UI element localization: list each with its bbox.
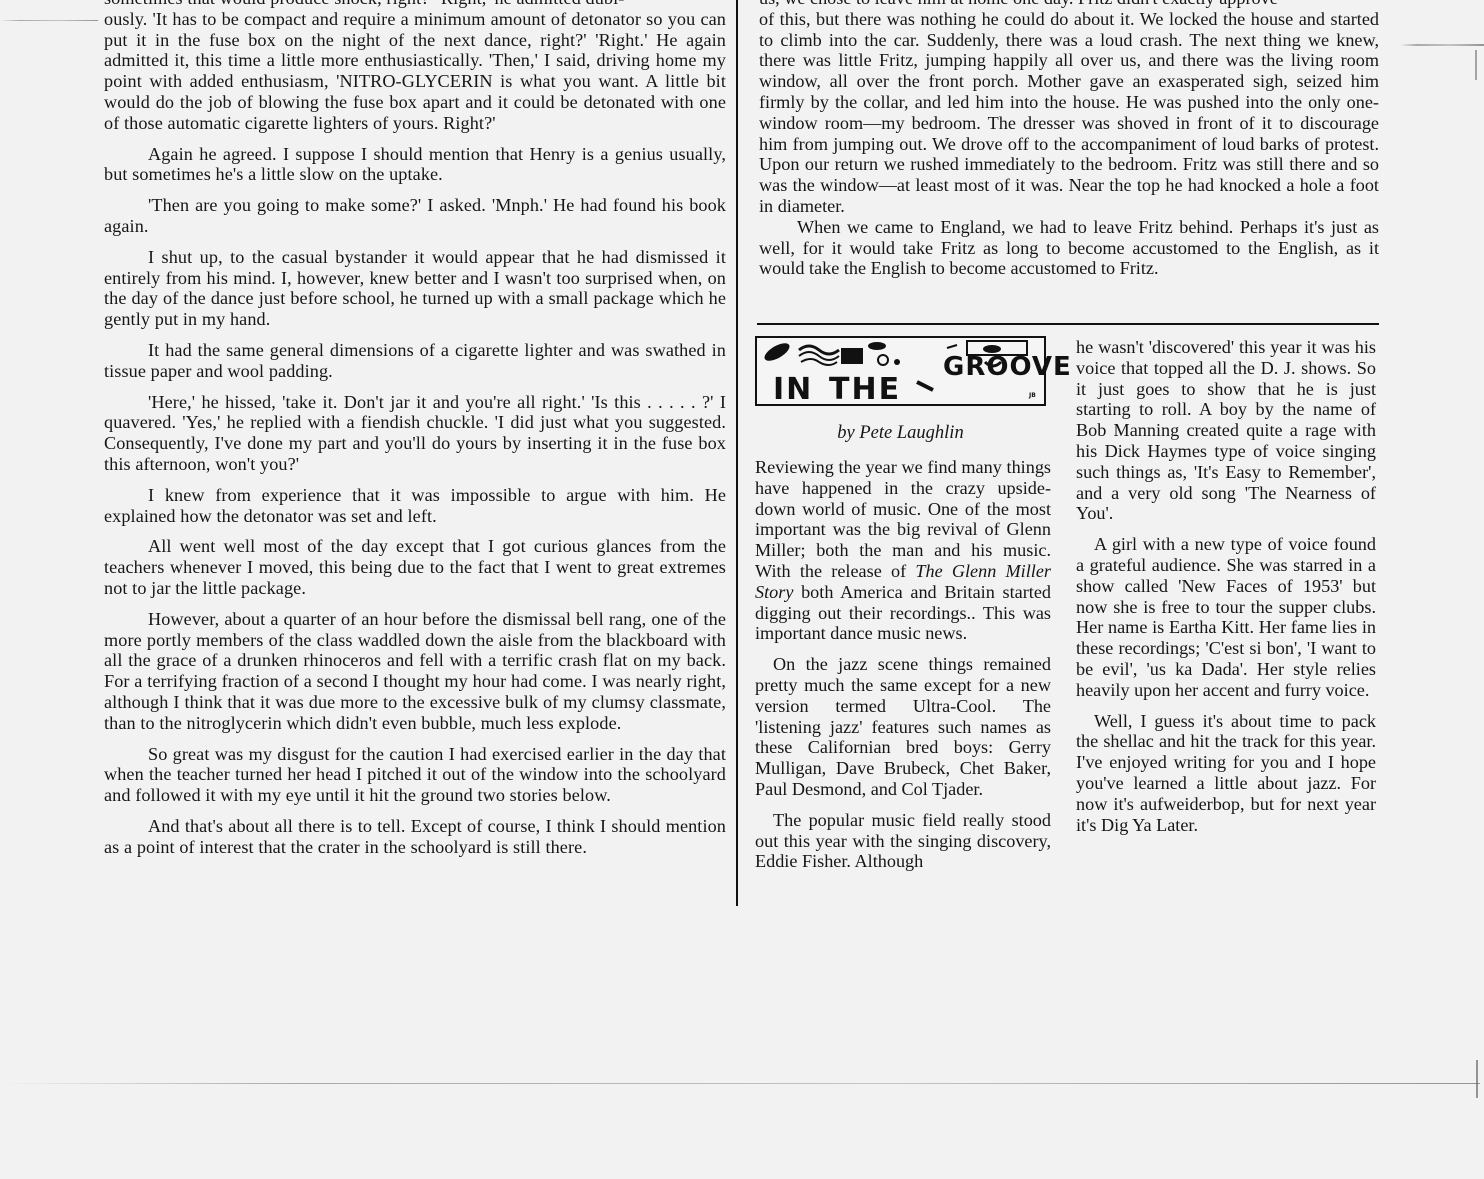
paragraph: A girl with a new type of voice found a …: [1076, 534, 1376, 700]
section-divider: [757, 323, 1379, 325]
paragraph: ously. 'It has to be compact and require…: [104, 9, 726, 134]
banner-initials: JB: [1029, 392, 1036, 399]
paragraph: The popular music field really stood out…: [755, 810, 1051, 872]
article-column-2: he wasn't 'discovered' this year it was …: [1076, 337, 1376, 845]
article-column-1: Reviewing the year we find many things h…: [755, 457, 1051, 882]
scan-artifact-bottom: [0, 1083, 1480, 1084]
paragraph: All went well most of the day except tha…: [104, 536, 726, 598]
paragraph: 'Then are you going to make some?' I ask…: [104, 195, 726, 237]
paragraph: It had the same general dimensions of a …: [104, 340, 726, 382]
paragraph: Well, I guess it's about time to pack th…: [1076, 711, 1376, 836]
partial-line: sometimes that would produce shock, righ…: [104, 0, 726, 9]
banner-word-the: THE: [829, 372, 901, 407]
paragraph: When we came to England, we had to leave…: [759, 217, 1379, 279]
paragraph-text: On the jazz scene things remained pretty…: [755, 654, 1051, 799]
paragraph-text: both America and Britain started digging…: [755, 582, 1051, 644]
paragraph-text: The popular music field really stood out…: [755, 810, 1051, 872]
left-column-story: sometimes that would produce shock, righ…: [104, 0, 726, 867]
scan-artifact-top-right: [1400, 44, 1484, 46]
paragraph: However, about a quarter of an hour befo…: [104, 609, 726, 734]
paragraph: So great was my disgust for the caution …: [104, 744, 726, 806]
paragraph: of this, but there was nothing he could …: [759, 9, 1379, 217]
paragraph: And that's about all there is to tell. E…: [104, 816, 726, 858]
column-rule: [736, 0, 738, 906]
paragraph: Reviewing the year we find many things h…: [755, 457, 1051, 644]
page-edge-mark: [1475, 50, 1477, 80]
paragraph: 'Here,' he hissed, 'take it. Don't jar i…: [104, 392, 726, 475]
scan-artifact-top-left: [0, 20, 98, 21]
banner-word-in: IN: [773, 372, 813, 407]
page-edge-mark-bottom: [1476, 1060, 1478, 1098]
partial-line: us, we chose to leave him at home one da…: [759, 0, 1379, 9]
paragraph: I knew from experience that it was impos…: [104, 485, 726, 527]
paragraph: On the jazz scene things remained pretty…: [755, 654, 1051, 800]
article-byline: by Pete Laughlin: [755, 423, 1046, 444]
paragraph: he wasn't 'discovered' this year it was …: [1076, 337, 1376, 524]
paragraph: Again he agreed. I suppose I should ment…: [104, 144, 726, 186]
banner-word-groove: GROOVE: [943, 352, 1072, 382]
paragraph: I shut up, to the casual bystander it wo…: [104, 247, 726, 330]
in-the-groove-banner: IN THE GROOVE JB: [755, 336, 1046, 406]
right-column-fritz-story: us, we chose to leave him at home one da…: [759, 0, 1379, 279]
